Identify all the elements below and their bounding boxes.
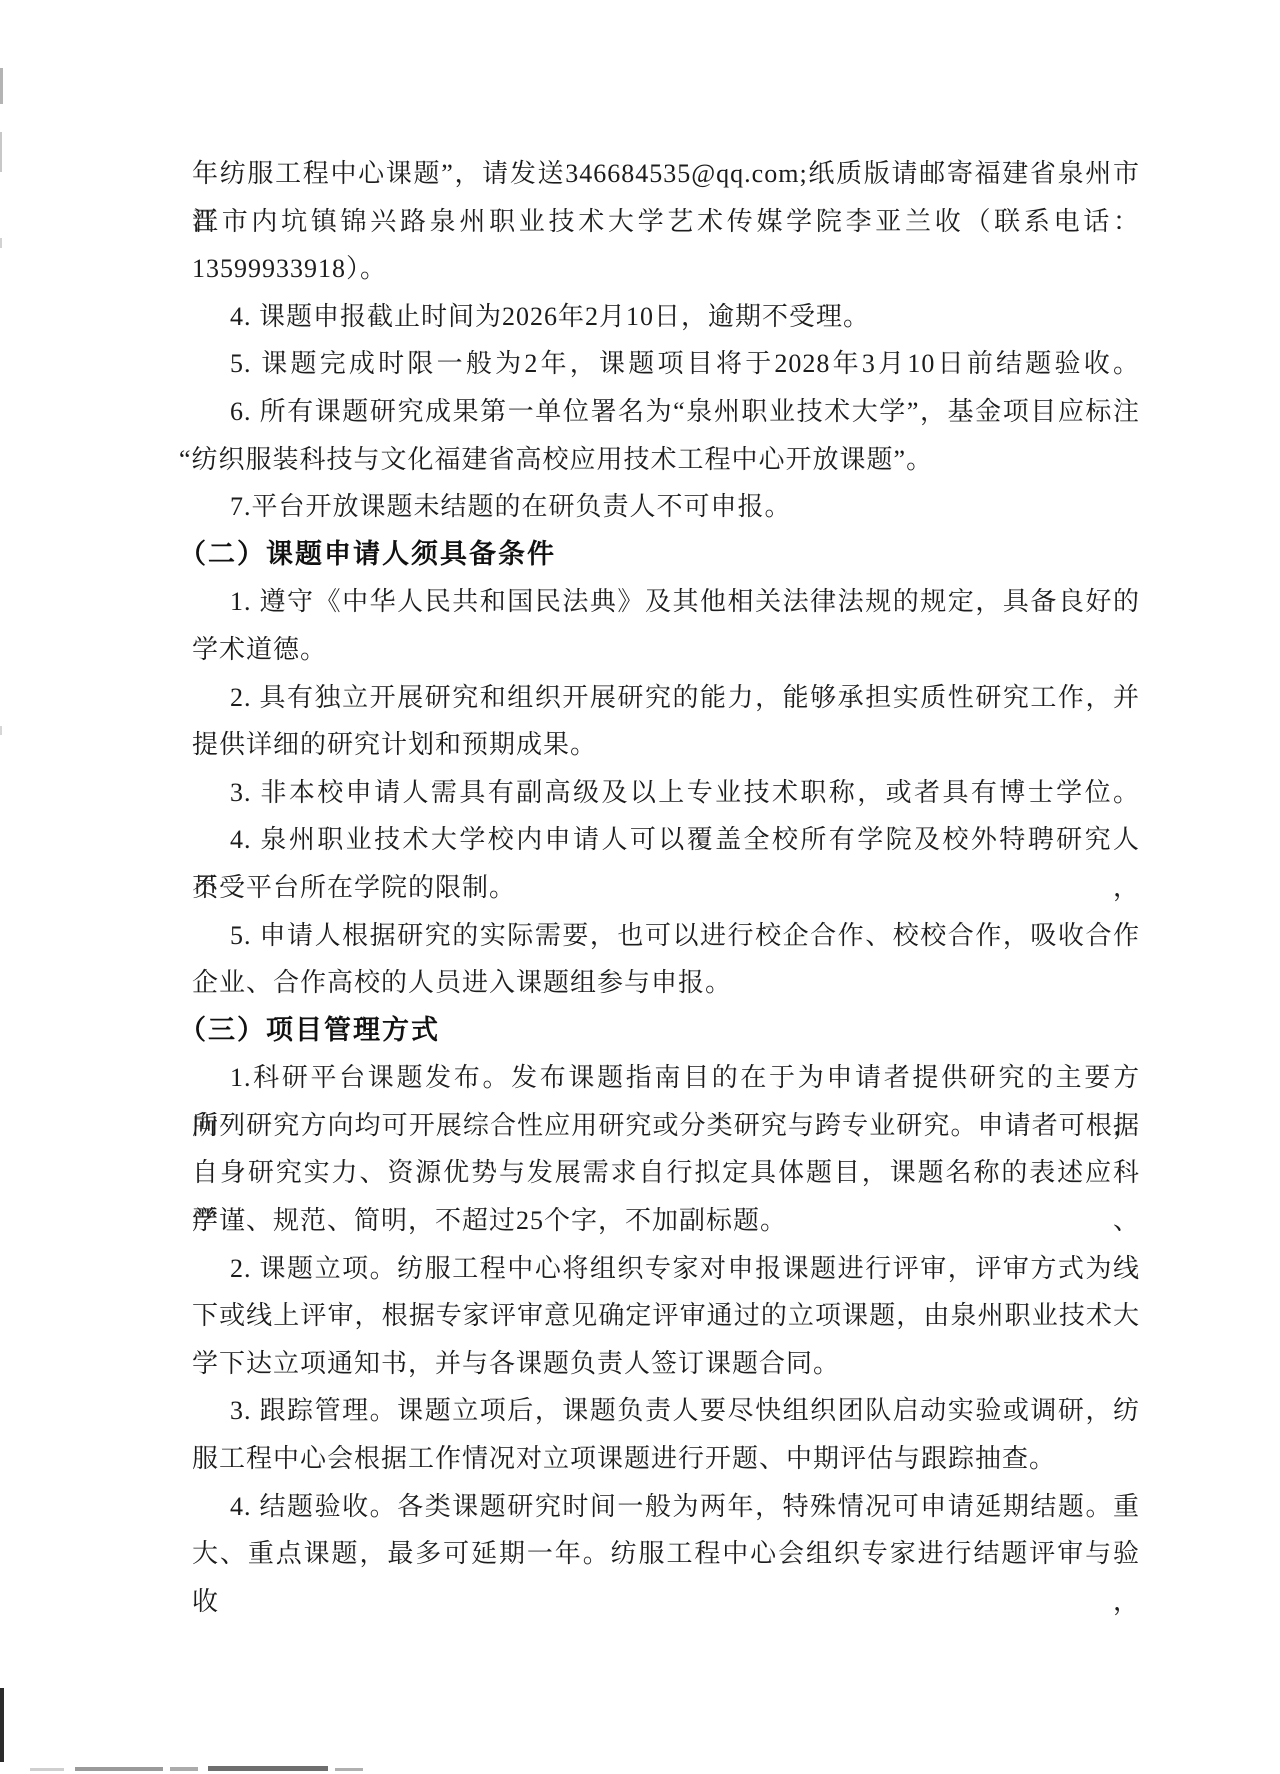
scan-artifact-mark	[170, 1767, 198, 1771]
document-body: 年纺服工程中心课题”，请发送346684535@qq.com;纸质版请邮寄福建省…	[192, 150, 1140, 1578]
text-line: 提供详细的研究计划和预期成果。	[192, 721, 1140, 769]
text-line: 年纺服工程中心课题”，请发送346684535@qq.com;纸质版请邮寄福建省…	[192, 150, 1140, 198]
text-line: 5. 课题完成时限一般为2年，课题项目将于2028年3月10日前结题验收。	[192, 340, 1140, 388]
text-line: 自身研究实力、资源优势与发展需求自行拟定具体题目，课题名称的表述应科学、	[192, 1149, 1140, 1197]
text-line: 3. 非本校申请人需具有副高级及以上专业技术职称，或者具有博士学位。	[192, 769, 1140, 817]
scan-artifact-mark	[335, 1768, 363, 1771]
text-line: 4. 结题验收。各类课题研究时间一般为两年，特殊情况可申请延期结题。重	[192, 1483, 1140, 1531]
text-line: 7.平台开放课题未结题的在研负责人不可申报。	[192, 483, 1140, 531]
text-line: 学术道德。	[192, 626, 1140, 674]
text-line: 5. 申请人根据研究的实际需要，也可以进行校企合作、校校合作，吸收合作	[192, 912, 1140, 960]
text-line: 学下达立项通知书，并与各课题负责人签订课题合同。	[192, 1340, 1140, 1388]
text-line: 1. 遵守《中华人民共和国民法典》及其他相关法律法规的规定，具备良好的	[192, 578, 1140, 626]
text-line: 4. 泉州职业技术大学校内申请人可以覆盖全校所有学院及校外特聘研究人员，	[192, 816, 1140, 864]
scan-artifact-mark	[0, 726, 2, 735]
scan-artifact-mark	[208, 1766, 328, 1771]
text-line: 江市内坑镇锦兴路泉州职业技术大学艺术传媒学院李亚兰收（联系电话：	[192, 198, 1140, 246]
text-line: 不受平台所在学院的限制。	[192, 864, 1140, 912]
scan-artifact-mark	[0, 68, 3, 104]
text-line: 大、重点课题，最多可延期一年。纺服工程中心会组织专家进行结题评审与验收，	[192, 1530, 1140, 1578]
text-line: 下或线上评审，根据专家评审意见确定评审通过的立项课题，由泉州职业技术大	[192, 1292, 1140, 1340]
text-line: “纺织服装科技与文化福建省高校应用技术工程中心开放课题”。	[179, 436, 1140, 484]
text-line: 6. 所有课题研究成果第一单位署名为“泉州职业技术大学”，基金项目应标注	[192, 388, 1140, 436]
text-line: 1.科研平台课题发布。发布课题指南目的在于为申请者提供研究的主要方向，	[192, 1054, 1140, 1102]
scan-artifact-mark	[0, 238, 2, 248]
scan-artifact-mark	[0, 132, 2, 172]
scan-artifact-mark	[75, 1767, 163, 1771]
text-line: 3. 跟踪管理。课题立项后，课题负责人要尽快组织团队启动实验或调研，纺	[192, 1387, 1140, 1435]
text-line: 所列研究方向均可开展综合性应用研究或分类研究与跨专业研究。申请者可根据	[192, 1102, 1140, 1150]
text-line: 4. 课题申报截止时间为2026年2月10日，逾期不受理。	[192, 293, 1140, 341]
text-line: 企业、合作高校的人员进入课题组参与申报。	[192, 959, 1140, 1007]
section-heading: （二）课题申请人须具备条件	[179, 531, 1140, 579]
text-line: 2. 具有独立开展研究和组织开展研究的能力，能够承担实质性研究工作，并	[192, 674, 1140, 722]
section-heading: （三）项目管理方式	[179, 1007, 1140, 1055]
scan-artifact-mark	[30, 1768, 64, 1771]
text-line: 2. 课题立项。纺服工程中心将组织专家对申报课题进行评审，评审方式为线	[192, 1245, 1140, 1293]
text-line: 13599933918）。	[192, 245, 1140, 293]
text-line: 严谨、规范、简明，不超过25个字，不加副标题。	[192, 1197, 1140, 1245]
text-line: 服工程中心会根据工作情况对立项课题进行开题、中期评估与跟踪抽查。	[192, 1435, 1140, 1483]
scan-artifact-mark	[0, 1688, 4, 1762]
document-page: 年纺服工程中心课题”，请发送346684535@qq.com;纸质版请邮寄福建省…	[0, 0, 1280, 1774]
